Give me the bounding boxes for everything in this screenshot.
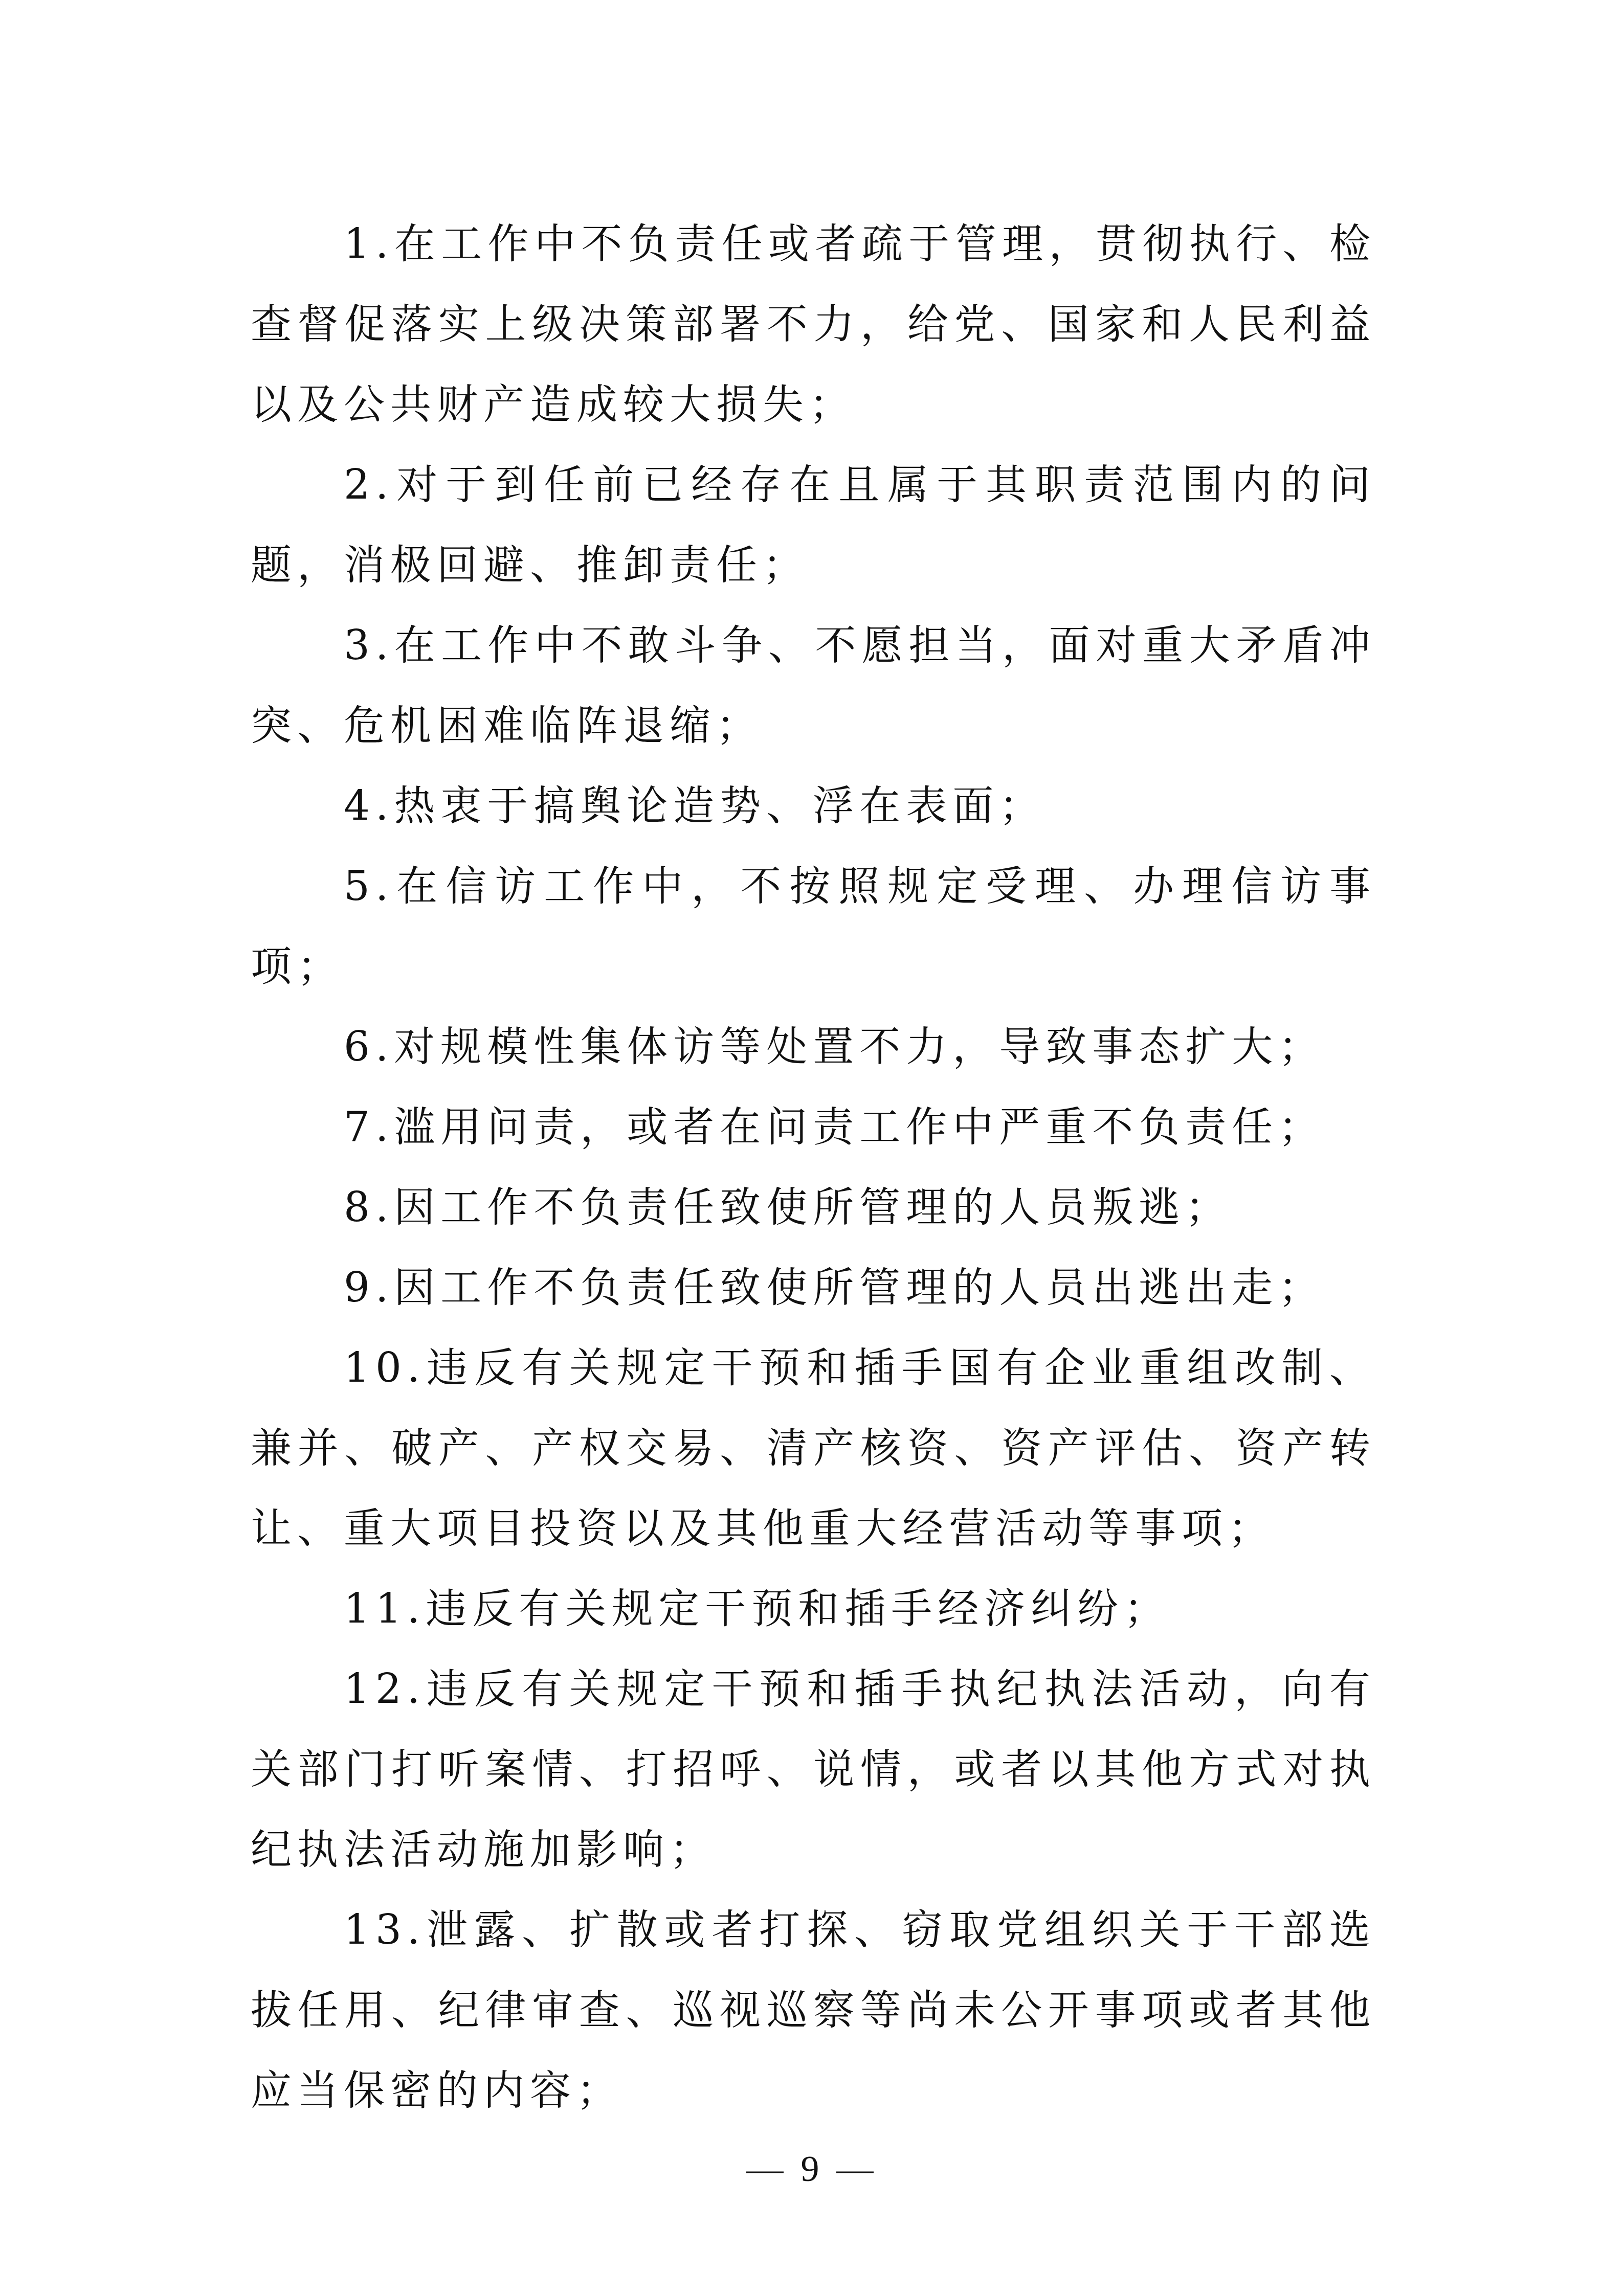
document-page: 1.在工作中不负责任或者疏于管理，贯彻执行、检查督促落实上级决策部署不力，给党、…	[0, 0, 1624, 2296]
list-item-6: 6.对规模性集体访等处置不力，导致事态扩大；	[251, 1006, 1376, 1087]
list-item-8: 8.因工作不负责任致使所管理的人员叛逃；	[251, 1167, 1376, 1247]
list-item-3: 3.在工作中不敢斗争、不愿担当，面对重大矛盾冲突、危机困难临阵退缩；	[251, 605, 1376, 766]
list-item-2: 2.对于到任前已经存在且属于其职责范围内的问题，消极回避、推卸责任；	[251, 444, 1376, 605]
list-item-9: 9.因工作不负责任致使所管理的人员出逃出走；	[251, 1247, 1376, 1327]
list-item-5: 5.在信访工作中，不按照规定受理、办理信访事项；	[251, 846, 1376, 1006]
list-item-13: 13.泄露、扩散或者打探、窃取党组织关于干部选拔任用、纪律审查、巡视巡察等尚未公…	[251, 1889, 1376, 2130]
page-number: — 9 —	[0, 2148, 1624, 2190]
list-item-10: 10.违反有关规定干预和插手国有企业重组改制、兼并、破产、产权交易、清产核资、资…	[251, 1327, 1376, 1568]
list-item-12: 12.违反有关规定干预和插手执纪执法活动，向有关部门打听案情、打招呼、说情，或者…	[251, 1649, 1376, 1889]
list-item-7: 7.滥用问责，或者在问责工作中严重不负责任；	[251, 1087, 1376, 1167]
list-item-1: 1.在工作中不负责任或者疏于管理，贯彻执行、检查督促落实上级决策部署不力，给党、…	[251, 204, 1376, 444]
document-body: 1.在工作中不负责任或者疏于管理，贯彻执行、检查督促落实上级决策部署不力，给党、…	[251, 204, 1376, 2130]
list-item-11: 11.违反有关规定干预和插手经济纠纷；	[251, 1568, 1376, 1649]
list-item-4: 4.热衷于搞舆论造势、浮在表面；	[251, 766, 1376, 846]
